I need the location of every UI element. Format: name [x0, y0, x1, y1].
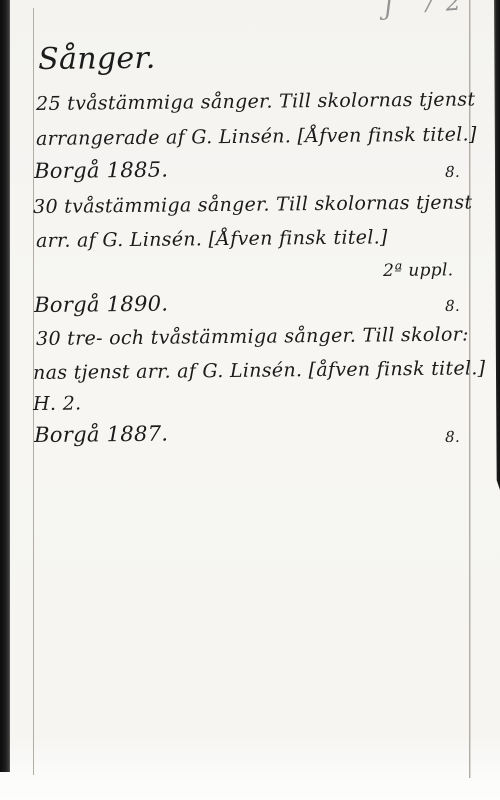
entry-1-imprint: Borgå 1885. [34, 158, 168, 183]
left-margin-rule [33, 8, 34, 775]
left-scan-edge [0, 0, 10, 772]
entry-3-format-mark: 8. [445, 428, 460, 446]
entry-2-format-mark: 8. [445, 297, 460, 315]
entry-2-imprint: Borgå 1890. [34, 292, 168, 317]
entry-3-line-1: 30 tre- och tvåstämmiga sånger. Till sko… [36, 323, 469, 350]
page-heading: Sånger. [38, 41, 156, 77]
entry-1-line-2: arrangerade af G. Linsén. [Åfven finsk t… [36, 123, 477, 150]
entry-2-edition-note: 2ª uppl. [383, 260, 453, 281]
entry-2-line-2: arr. af G. Linsén. [Åfven finsk titel.] [36, 226, 388, 252]
right-margin-rule [469, 0, 470, 778]
entry-3-part-note: H. 2. [33, 392, 82, 415]
entry-3-imprint: Borgå 1887. [34, 422, 168, 447]
entry-1-line-1: 25 tvåstämmiga sånger. Till skolornas tj… [36, 88, 475, 115]
entry-2-line-1: 30 tvåstämmiga sånger. Till skolornas tj… [33, 191, 472, 218]
right-scan-edge [494, 0, 500, 490]
entry-1-format-mark: 8. [445, 163, 460, 181]
pencil-shelfmark: J 72 [382, 0, 472, 21]
catalog-page: J 72 Sånger. 25 tvåstämmiga sånger. Till… [0, 0, 500, 800]
entry-3-line-2: nas tjenst arr. af G. Linsén. [åfven fin… [33, 357, 486, 384]
